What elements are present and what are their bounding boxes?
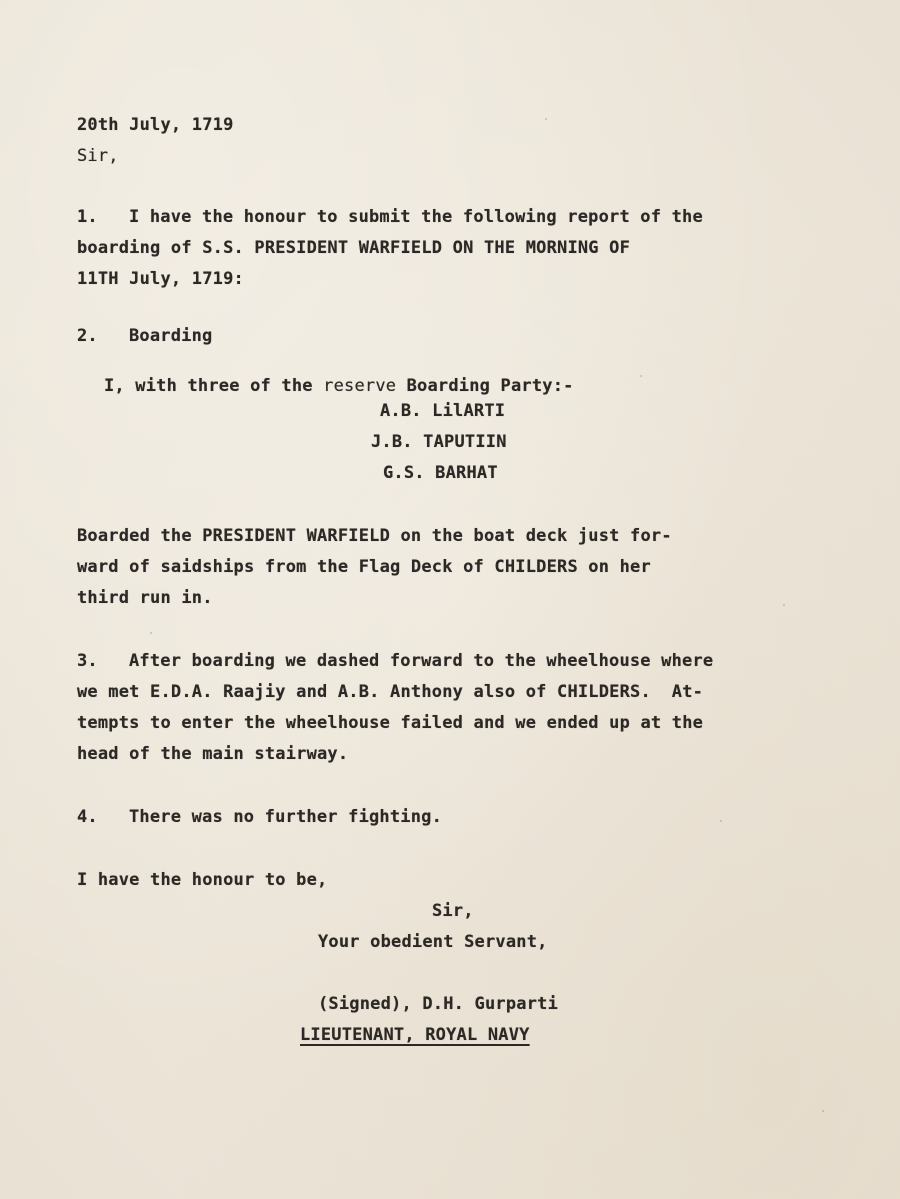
paper-speck [720, 820, 722, 822]
para3-text: After boarding we dashed forward to the … [129, 651, 713, 671]
salutation: Sir, [77, 145, 119, 167]
para2-body-line3: third run in. [77, 587, 213, 609]
para1-line2: boarding of S.S. PRESIDENT WARFIELD ON T… [77, 237, 630, 259]
para1-line1: 1.I have the honour to submit the follow… [77, 206, 703, 228]
closing-sir: Sir, [432, 900, 474, 922]
para4-number: 4. [77, 806, 129, 828]
para2-body-line1: Boarded the PRESIDENT WARFIELD on the bo… [77, 525, 672, 547]
intro-part1: I, with three of the [104, 376, 323, 396]
signatory-rank: LIEUTENANT, ROYAL NAVY [300, 1024, 530, 1046]
letter-page: 20th July, 1719 Sir, 1.I have the honour… [0, 0, 900, 1199]
para1-number: 1. [77, 206, 129, 228]
paper-speck [783, 604, 785, 606]
para1-text: I have the honour to submit the followin… [129, 207, 703, 227]
paper-speck [150, 632, 152, 634]
intro-part2: reserve [323, 376, 396, 396]
intro-part3: Boarding Party:- [396, 376, 573, 396]
paper-speck [822, 1110, 824, 1112]
party-member-3: G.S. BARHAT [383, 462, 498, 484]
para1-line3: 11TH July, 1719: [77, 268, 244, 290]
para3-line2: we met E.D.A. Raajiy and A.B. Anthony al… [77, 681, 703, 703]
para2-heading-text: Boarding [129, 326, 212, 346]
para3-line1: 3.After boarding we dashed forward to th… [77, 650, 713, 672]
party-member-1: A.B. LilARTI [380, 400, 505, 422]
para2-heading: 2.Boarding [77, 325, 212, 347]
para2-intro: I, with three of the reserve Boarding Pa… [104, 375, 574, 397]
party-member-2: J.B. TAPUTIIN [371, 431, 507, 453]
letter-date: 20th July, 1719 [77, 114, 234, 136]
paper-speck [545, 118, 547, 120]
signature: (Signed), D.H. Gurparti [318, 993, 558, 1015]
para2-body-line2: ward of saidships from the Flag Deck of … [77, 556, 651, 578]
paper-speck [640, 375, 642, 377]
closing-servant: Your obedient Servant, [318, 931, 548, 953]
para3-line4: head of the main stairway. [77, 743, 348, 765]
para2-number: 2. [77, 325, 129, 347]
para4-line: 4.There was no further fighting. [77, 806, 442, 828]
para3-number: 3. [77, 650, 129, 672]
para4-text: There was no further fighting. [129, 807, 442, 827]
closing-line: I have the honour to be, [77, 869, 327, 891]
para3-line3: tempts to enter the wheelhouse failed an… [77, 712, 703, 734]
